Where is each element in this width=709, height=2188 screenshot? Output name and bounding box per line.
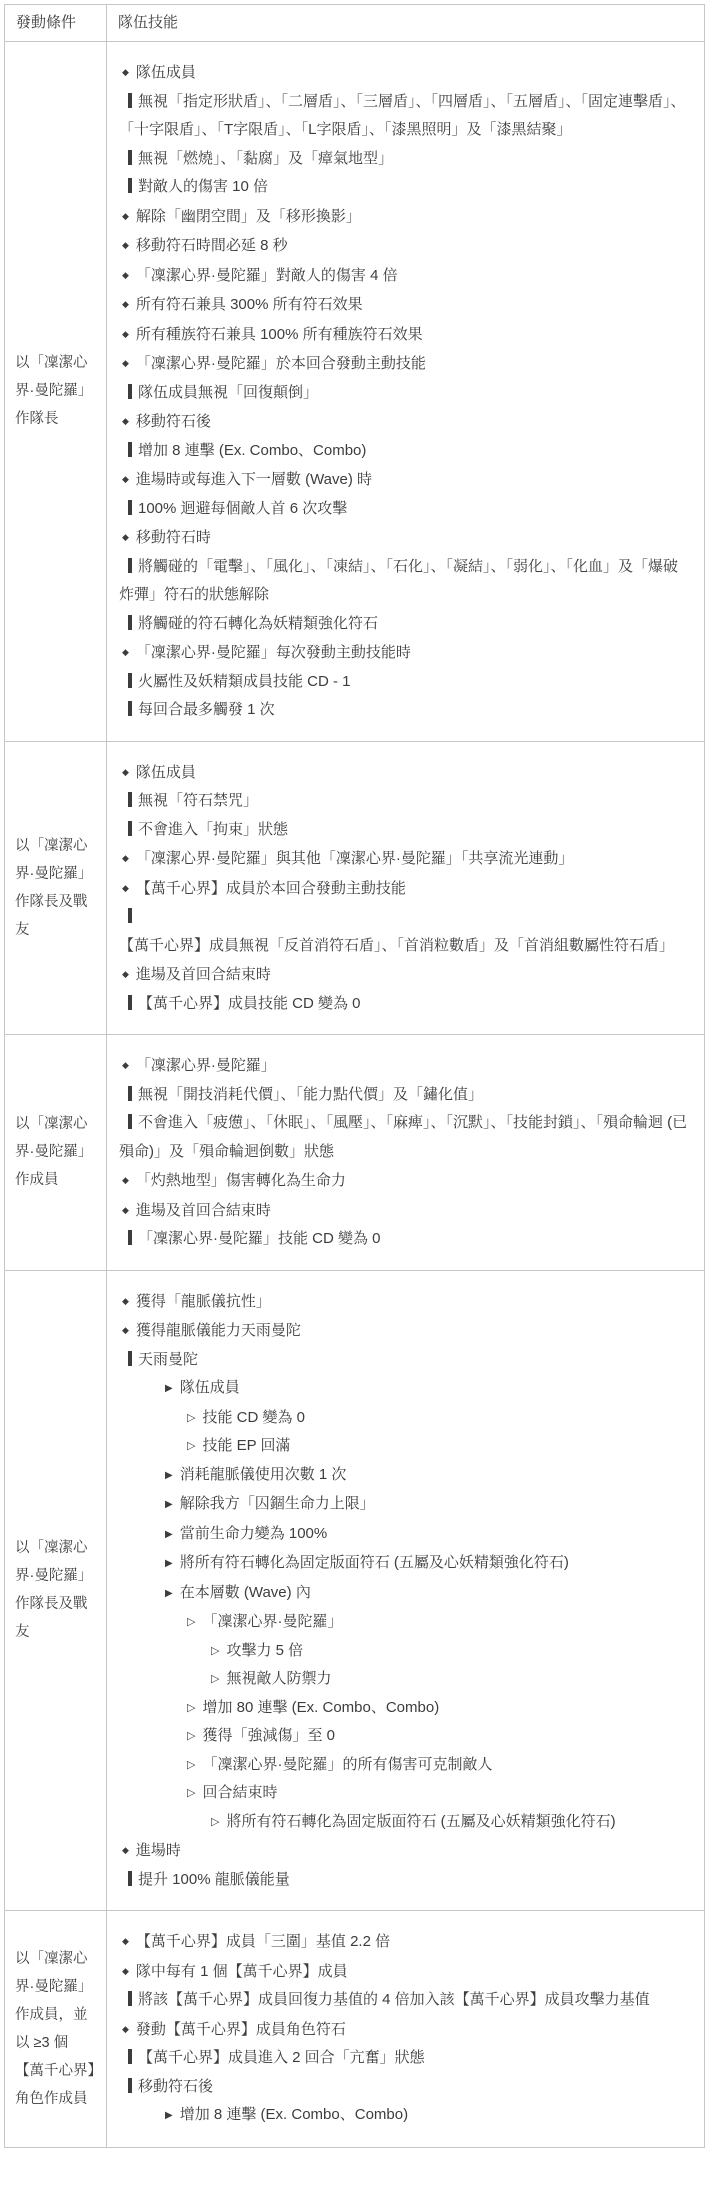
skill-line: ◆「凜潔心界·曼陀羅」每次發動主動技能時 bbox=[119, 638, 692, 668]
skill-line: ▶隊伍成員 bbox=[119, 1374, 692, 1404]
skill-line: 天雨曼陀 bbox=[119, 1346, 692, 1375]
bar-bullet-icon bbox=[128, 442, 132, 457]
skill-line: ◆隊伍成員 bbox=[119, 58, 692, 88]
bar-bullet-icon bbox=[128, 673, 132, 688]
bar-bullet-icon bbox=[128, 150, 132, 165]
diamond-bullet-icon: ◆ bbox=[122, 1325, 129, 1335]
triangle-bullet-icon: ▶ bbox=[165, 1558, 173, 1569]
open-triangle-bullet-icon: ▷ bbox=[211, 1673, 219, 1685]
skill-line: ◆「凜潔心界·曼陀羅」 bbox=[119, 1051, 692, 1081]
skill-line: 無視「開技消耗代價」、「能力點代價」及「鏽化值」 bbox=[119, 1081, 692, 1110]
skill-line: ◆進場時或每進入下一層數 (Wave) 時 bbox=[119, 465, 692, 495]
skill-line: ◆【萬千心界】成員於本回合發動主動技能 bbox=[119, 874, 692, 904]
triangle-bullet-icon: ▶ bbox=[165, 1383, 173, 1394]
diamond-bullet-icon: ◆ bbox=[122, 969, 129, 979]
skill-line: ▷回合結束時 bbox=[119, 1779, 692, 1808]
diamond-bullet-icon: ◆ bbox=[122, 1936, 129, 1946]
skill-line: ◆所有符石兼具 300% 所有符石效果 bbox=[119, 290, 692, 320]
skill-line: 【萬千心界】成員進入 2 回合「亢奮」狀態 bbox=[119, 2044, 692, 2073]
skill-line: 100% 迴避每個敵人首 6 次攻擊 bbox=[119, 495, 692, 524]
column-header-condition: 發動條件 bbox=[5, 5, 107, 42]
skill-line: ◆「凜潔心界·曼陀羅」對敵人的傷害 4 倍 bbox=[119, 261, 692, 291]
diamond-bullet-icon: ◆ bbox=[122, 474, 129, 484]
diamond-bullet-icon: ◆ bbox=[122, 1205, 129, 1215]
skill-line: 將觸碰的符石轉化為妖精類強化符石 bbox=[119, 610, 692, 639]
skill-line: ◆獲得「龍脈儀抗性」 bbox=[119, 1287, 692, 1317]
team-skill-table: 發動條件 隊伍技能 以「凜潔心界·曼陀羅」作隊長◆隊伍成員無視「指定形狀盾」、「… bbox=[4, 4, 705, 2148]
diamond-bullet-icon: ◆ bbox=[122, 211, 129, 221]
bar-bullet-icon bbox=[128, 1351, 132, 1366]
skill-line: 隊伍成員無視「回復顛倒」 bbox=[119, 379, 692, 408]
skill-line: ◆隊伍成員 bbox=[119, 758, 692, 788]
skill-line: ◆移動符石時間必延 8 秒 bbox=[119, 231, 692, 261]
skill-line: ◆「凜潔心界·曼陀羅」與其他「凜潔心界·曼陀羅」「共享流光連動」 bbox=[119, 844, 692, 874]
triangle-bullet-icon: ▶ bbox=[165, 1499, 173, 1510]
bar-bullet-icon bbox=[128, 500, 132, 515]
table-row: 以「凜潔心界·曼陀羅」作隊長及戰友◆隊伍成員無視「符石禁咒」不會進入「拘束」狀態… bbox=[5, 741, 705, 1035]
skill-line: ▷增加 80 連擊 (Ex. Combo、Combo) bbox=[119, 1694, 692, 1723]
bar-bullet-icon bbox=[128, 1086, 132, 1101]
open-triangle-bullet-icon: ▷ bbox=[187, 1730, 195, 1742]
diamond-bullet-icon: ◆ bbox=[122, 1966, 129, 1976]
bar-bullet-icon bbox=[128, 93, 132, 108]
bar-bullet-icon bbox=[128, 2078, 132, 2093]
skill-line: 提升 100% 龍脈儀能量 bbox=[119, 1866, 692, 1895]
skill-line: 無視「燃燒」、「黏腐」及「瘴氣地型」 bbox=[119, 145, 692, 174]
skill-line: 移動符石後 bbox=[119, 2073, 692, 2102]
open-triangle-bullet-icon: ▷ bbox=[187, 1616, 195, 1628]
skill-line: ▷「凜潔心界·曼陀羅」的所有傷害可克制敵人 bbox=[119, 1751, 692, 1780]
bar-bullet-icon bbox=[128, 701, 132, 716]
diamond-bullet-icon: ◆ bbox=[122, 67, 129, 77]
skill-line: 無視「指定形狀盾」、「二層盾」、「三層盾」、「四層盾」、「五層盾」、「固定連擊盾… bbox=[119, 88, 692, 145]
column-header-skill: 隊伍技能 bbox=[107, 5, 705, 42]
diamond-bullet-icon: ◆ bbox=[122, 299, 129, 309]
skill-line: 「凜潔心界·曼陀羅」技能 CD 變為 0 bbox=[119, 1225, 692, 1254]
skill-line: ◆「凜潔心界·曼陀羅」於本回合發動主動技能 bbox=[119, 349, 692, 379]
skill-line: 無視「符石禁咒」 bbox=[119, 787, 692, 816]
triangle-bullet-icon: ▶ bbox=[165, 1529, 173, 1540]
bar-bullet-icon bbox=[128, 995, 132, 1010]
skill-line: 將觸碰的「電擊」、「風化」、「凍結」、「石化」、「凝結」、「弱化」、「化血」及「… bbox=[119, 553, 692, 610]
triangle-bullet-icon: ▶ bbox=[165, 1588, 173, 1599]
open-triangle-bullet-icon: ▷ bbox=[187, 1440, 195, 1452]
skill-line: ▶將所有符石轉化為固定版面符石 (五屬及心妖精類強化符石) bbox=[119, 1549, 692, 1579]
diamond-bullet-icon: ◆ bbox=[122, 1175, 129, 1185]
skills-cell: ◆隊伍成員無視「符石禁咒」不會進入「拘束」狀態◆「凜潔心界·曼陀羅」與其他「凜潔… bbox=[107, 741, 705, 1035]
diamond-bullet-icon: ◆ bbox=[122, 767, 129, 777]
diamond-bullet-icon: ◆ bbox=[122, 2024, 129, 2034]
skill-line: 增加 8 連擊 (Ex. Combo、Combo) bbox=[119, 437, 692, 466]
skill-line: ◆進場時 bbox=[119, 1836, 692, 1866]
triangle-bullet-icon: ▶ bbox=[165, 2110, 173, 2121]
skill-line: ▷技能 EP 回滿 bbox=[119, 1432, 692, 1461]
diamond-bullet-icon: ◆ bbox=[122, 1296, 129, 1306]
skill-line: ◆所有種族符石兼具 100% 所有種族符石效果 bbox=[119, 320, 692, 350]
open-triangle-bullet-icon: ▷ bbox=[211, 1816, 219, 1828]
skill-line: ▷「凜潔心界·曼陀羅」 bbox=[119, 1608, 692, 1637]
bar-bullet-icon bbox=[128, 1991, 132, 2006]
skill-line: ◆隊中每有 1 個【萬千心界】成員 bbox=[119, 1957, 692, 1987]
skill-line: 不會進入「疲憊」、「休眠」、「風壓」、「麻痺」、「沉默」、「技能封鎖」、「殞命輪… bbox=[119, 1109, 692, 1166]
diamond-bullet-icon: ◆ bbox=[122, 270, 129, 280]
diamond-bullet-icon: ◆ bbox=[122, 853, 129, 863]
skills-cell: ◆【萬千心界】成員「三圍」基值 2.2 倍◆隊中每有 1 個【萬千心界】成員將該… bbox=[107, 1911, 705, 2148]
skill-line: ▷攻擊力 5 倍 bbox=[119, 1637, 692, 1666]
skills-cell: ◆隊伍成員無視「指定形狀盾」、「二層盾」、「三層盾」、「四層盾」、「五層盾」、「… bbox=[107, 42, 705, 742]
open-triangle-bullet-icon: ▷ bbox=[187, 1759, 195, 1771]
header-row: 發動條件 隊伍技能 bbox=[5, 5, 705, 42]
skill-line: ▷獲得「強減傷」至 0 bbox=[119, 1722, 692, 1751]
skill-line: 【萬千心界】成員無視「反首消符石盾」、「首消粒數盾」及「首消組數屬性符石盾」 bbox=[119, 903, 692, 960]
open-triangle-bullet-icon: ▷ bbox=[211, 1645, 219, 1657]
diamond-bullet-icon: ◆ bbox=[122, 358, 129, 368]
skill-line: 將該【萬千心界】成員回復力基值的 4 倍加入該【萬千心界】成員攻擊力基值 bbox=[119, 1986, 692, 2015]
skill-line: 不會進入「拘束」狀態 bbox=[119, 816, 692, 845]
skills-cell: ◆「凜潔心界·曼陀羅」無視「開技消耗代價」、「能力點代價」及「鏽化值」不會進入「… bbox=[107, 1035, 705, 1271]
diamond-bullet-icon: ◆ bbox=[122, 1060, 129, 1070]
bar-bullet-icon bbox=[128, 1114, 132, 1129]
skill-line: ▶解除我方「囚錮生命力上限」 bbox=[119, 1490, 692, 1520]
skill-line: ◆解除「幽閉空間」及「移形換影」 bbox=[119, 202, 692, 232]
bar-bullet-icon bbox=[128, 2049, 132, 2064]
page: 發動條件 隊伍技能 以「凜潔心界·曼陀羅」作隊長◆隊伍成員無視「指定形狀盾」、「… bbox=[0, 0, 709, 2151]
table-row: 以「凜潔心界·曼陀羅」作成員，並以 ≥3 個【萬千心界】角色作成員◆【萬千心界】… bbox=[5, 1911, 705, 2148]
bar-bullet-icon bbox=[128, 178, 132, 193]
skill-line: ▶當前生命力變為 100% bbox=[119, 1520, 692, 1550]
bar-bullet-icon bbox=[128, 1230, 132, 1245]
open-triangle-bullet-icon: ▷ bbox=[187, 1412, 195, 1424]
diamond-bullet-icon: ◆ bbox=[122, 532, 129, 542]
condition-cell: 以「凜潔心界·曼陀羅」作成員，並以 ≥3 個【萬千心界】角色作成員 bbox=[5, 1911, 107, 2148]
diamond-bullet-icon: ◆ bbox=[122, 883, 129, 893]
skill-line: ▷技能 CD 變為 0 bbox=[119, 1404, 692, 1433]
bar-bullet-icon bbox=[128, 821, 132, 836]
skill-line: ◆獲得龍脈儀能力天雨曼陀 bbox=[119, 1316, 692, 1346]
diamond-bullet-icon: ◆ bbox=[122, 240, 129, 250]
skill-line: ◆進場及首回合結束時 bbox=[119, 1196, 692, 1226]
skill-line: ◆移動符石後 bbox=[119, 407, 692, 437]
bar-bullet-icon bbox=[128, 615, 132, 630]
diamond-bullet-icon: ◆ bbox=[122, 647, 129, 657]
condition-cell: 以「凜潔心界·曼陀羅」作隊長及戰友 bbox=[5, 741, 107, 1035]
skill-line: ◆進場及首回合結束時 bbox=[119, 960, 692, 990]
condition-cell: 以「凜潔心界·曼陀羅」作隊長及戰友 bbox=[5, 1270, 107, 1911]
skill-line: 【萬千心界】成員技能 CD 變為 0 bbox=[119, 990, 692, 1019]
bar-bullet-icon bbox=[128, 1871, 132, 1886]
skill-line: 火屬性及妖精類成員技能 CD - 1 bbox=[119, 668, 692, 697]
skill-line: ▷將所有符石轉化為固定版面符石 (五屬及心妖精類強化符石) bbox=[119, 1808, 692, 1837]
diamond-bullet-icon: ◆ bbox=[122, 329, 129, 339]
table-row: 以「凜潔心界·曼陀羅」作隊長及戰友◆獲得「龍脈儀抗性」◆獲得龍脈儀能力天雨曼陀天… bbox=[5, 1270, 705, 1911]
bar-bullet-icon bbox=[128, 908, 132, 923]
table-row: 以「凜潔心界·曼陀羅」作隊長◆隊伍成員無視「指定形狀盾」、「二層盾」、「三層盾」… bbox=[5, 42, 705, 742]
skill-line: ◆【萬千心界】成員「三圍」基值 2.2 倍 bbox=[119, 1927, 692, 1957]
bar-bullet-icon bbox=[128, 792, 132, 807]
bar-bullet-icon bbox=[128, 558, 132, 573]
skills-cell: ◆獲得「龍脈儀抗性」◆獲得龍脈儀能力天雨曼陀天雨曼陀▶隊伍成員▷技能 CD 變為… bbox=[107, 1270, 705, 1911]
diamond-bullet-icon: ◆ bbox=[122, 416, 129, 426]
diamond-bullet-icon: ◆ bbox=[122, 1845, 129, 1855]
skill-line: ◆「灼熱地型」傷害轉化為生命力 bbox=[119, 1166, 692, 1196]
skill-line: ▶消耗龍脈儀使用次數 1 次 bbox=[119, 1461, 692, 1491]
skill-line: ▷無視敵人防禦力 bbox=[119, 1665, 692, 1694]
skill-line: 每回合最多觸發 1 次 bbox=[119, 696, 692, 725]
open-triangle-bullet-icon: ▷ bbox=[187, 1787, 195, 1799]
skill-line: ◆移動符石時 bbox=[119, 523, 692, 553]
table-row: 以「凜潔心界·曼陀羅」作成員◆「凜潔心界·曼陀羅」無視「開技消耗代價」、「能力點… bbox=[5, 1035, 705, 1271]
skill-line: 對敵人的傷害 10 倍 bbox=[119, 173, 692, 202]
skill-line: ◆發動【萬千心界】成員角色符石 bbox=[119, 2015, 692, 2045]
skill-line: ▶增加 8 連擊 (Ex. Combo、Combo) bbox=[119, 2101, 692, 2131]
condition-cell: 以「凜潔心界·曼陀羅」作隊長 bbox=[5, 42, 107, 742]
skill-line: ▶在本層數 (Wave) 內 bbox=[119, 1579, 692, 1609]
triangle-bullet-icon: ▶ bbox=[165, 1470, 173, 1481]
bar-bullet-icon bbox=[128, 384, 132, 399]
open-triangle-bullet-icon: ▷ bbox=[187, 1702, 195, 1714]
condition-cell: 以「凜潔心界·曼陀羅」作成員 bbox=[5, 1035, 107, 1271]
